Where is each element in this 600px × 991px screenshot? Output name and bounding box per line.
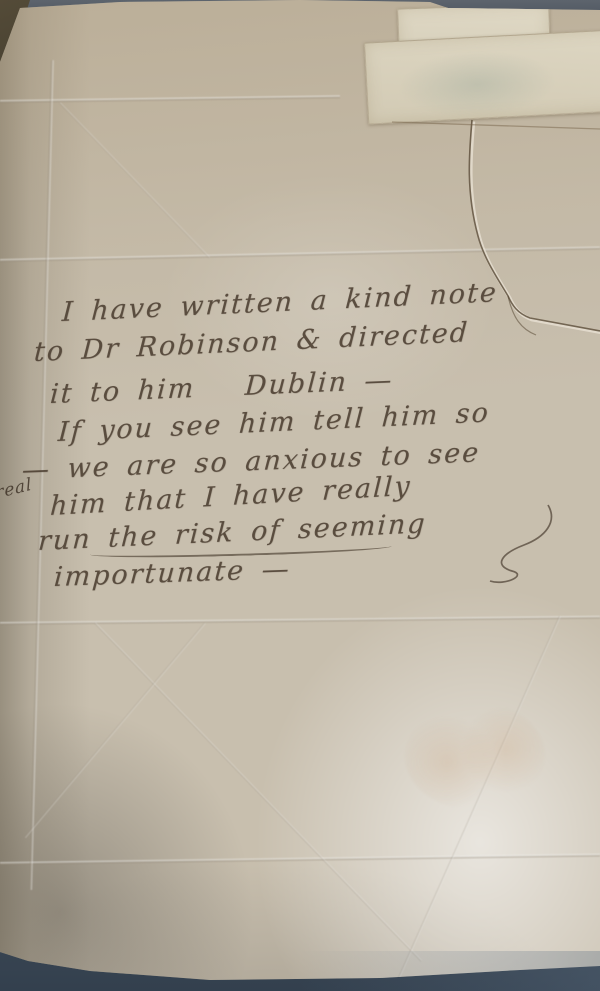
photo-background: I have written a kind note to Dr Robinso… — [0, 0, 600, 991]
letter-line-8: importunate — — [53, 554, 292, 593]
fold-crease-middle — [0, 616, 600, 625]
stain-mark — [405, 702, 545, 810]
wrinkle-diagonal-3 — [24, 622, 206, 838]
fold-crease-upper — [0, 246, 600, 262]
wrinkle-diagonal-4 — [59, 102, 210, 258]
tape-repair-upper — [397, 3, 551, 58]
wrinkle-diagonal-1 — [94, 622, 422, 961]
fold-crease-lower — [0, 854, 600, 865]
tape-repair-lower — [364, 29, 600, 124]
margin-ink-fragment: real — [0, 474, 33, 503]
fold-crease-top — [0, 95, 340, 103]
wrinkle-diagonal-2 — [394, 616, 561, 987]
letter-page: I have written a kind note to Dr Robinso… — [0, 0, 600, 991]
